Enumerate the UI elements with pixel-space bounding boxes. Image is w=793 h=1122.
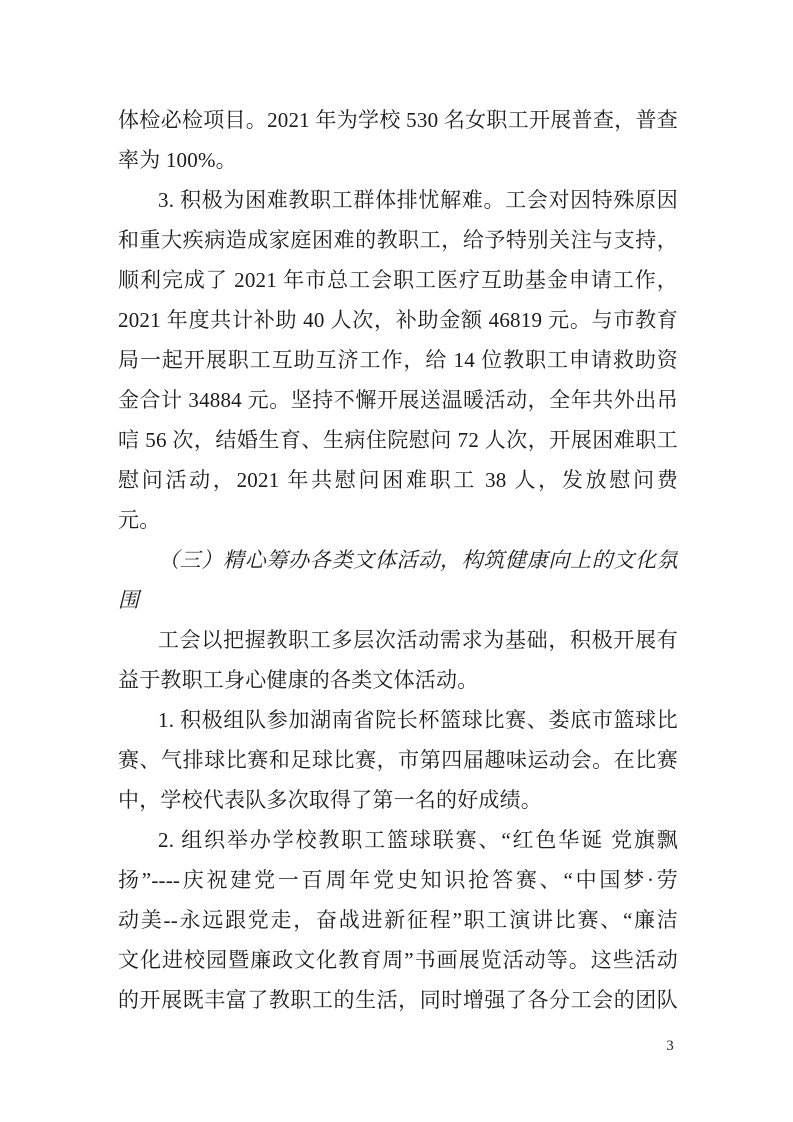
text-line: 3. 积极为困难教职工群体排忧解难。工会对因特殊原因	[118, 180, 678, 220]
text-line: 工会以把握教职工多层次活动需求为基础，积极开展有	[118, 620, 678, 660]
text-line: 动美--永远跟党走，奋战进新征程”职工演讲比赛、“廉洁	[118, 900, 678, 940]
text-line: 金合计 34884 元。坚持不懈开展送温暖活动，全年共外出吊	[118, 380, 678, 420]
text-line: 元。	[118, 500, 678, 540]
text-line: 慰问活动，2021 年共慰问困难职工 38 人，发放慰问费 53884	[118, 460, 678, 500]
text-line: 1. 积极组队参加湖南省院长杯篮球比赛、娄底市篮球比	[118, 700, 678, 740]
text-line: 的开展既丰富了教职工的生活，同时增强了各分工会的团队	[118, 980, 678, 1020]
text-line: 2021 年度共计补助 40 人次，补助金额 46819 元。与市教育	[118, 300, 678, 340]
text-line: 局一起开展职工互助互济工作，给 14 位教职工申请救助资	[118, 340, 678, 380]
document-body: 体检必检项目。2021 年为学校 530 名女职工开展普查，普查率为 100%。…	[118, 100, 678, 1020]
text-line: 益于教职工身心健康的各类文体活动。	[118, 660, 678, 700]
text-line: 2. 组织举办学校教职工篮球联赛、“红色华诞 党旗飘	[118, 820, 678, 860]
page-number: 3	[658, 1034, 682, 1058]
text-line: 顺利完成了 2021 年市总工会职工医疗互助基金申请工作，	[118, 260, 678, 300]
text-line: 中，学校代表队多次取得了第一名的好成绩。	[118, 780, 678, 820]
text-line: 率为 100%。	[118, 140, 678, 180]
text-line: 唁 56 次，结婚生育、生病住院慰问 72 人次，开展困难职工	[118, 420, 678, 460]
text-line: 体检必检项目。2021 年为学校 530 名女职工开展普查，普查	[118, 100, 678, 140]
section-heading-line: （三）精心筹办各类文体活动，构筑健康向上的文化氛	[118, 540, 678, 580]
text-line: 扬”----庆祝建党一百周年党史知识抢答赛、“中国梦·劳	[118, 860, 678, 900]
text-line: 赛、气排球比赛和足球比赛，市第四届趣味运动会。在比赛	[118, 740, 678, 780]
section-heading-line: 围	[118, 580, 678, 620]
document-page: 体检必检项目。2021 年为学校 530 名女职工开展普查，普查率为 100%。…	[0, 0, 793, 1122]
text-line: 和重大疾病造成家庭困难的教职工，给予特别关注与支持，	[118, 220, 678, 260]
text-line: 文化进校园暨廉政文化教育周”书画展览活动等。这些活动	[118, 940, 678, 980]
